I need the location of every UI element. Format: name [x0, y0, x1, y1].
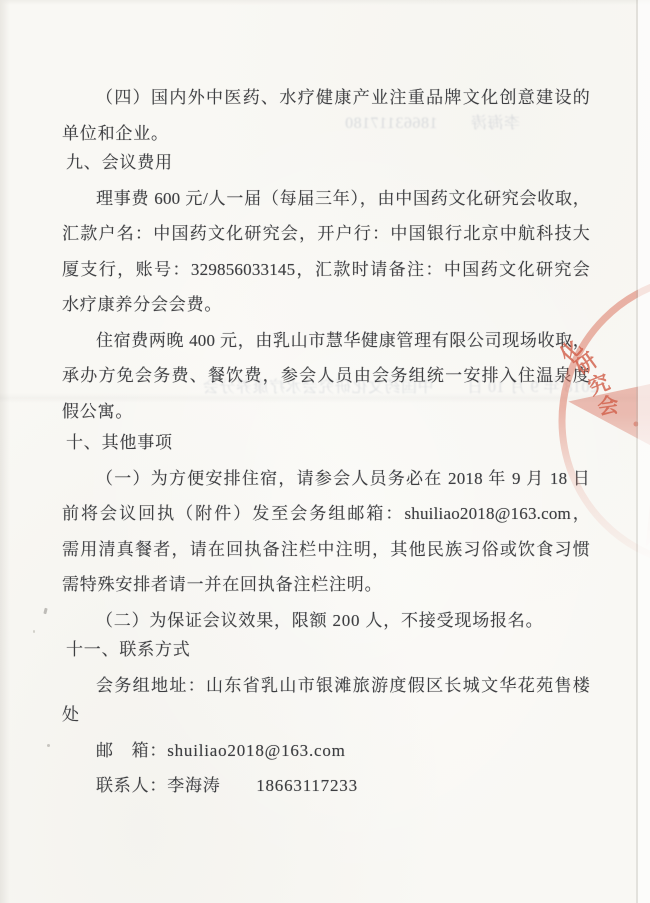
scan-edge-strip — [638, 0, 650, 903]
section-heading: 十、其他事项 — [62, 425, 590, 461]
text-line: 需特殊安排者请一并在回执备注栏注明。 — [62, 567, 590, 603]
text-line: 需用清真餐者，请在回执备注栏中注明，其他民族习俗或饮食习惯 — [62, 532, 590, 568]
text-line: 理事费 600 元/人一届（每届三年），由中国药文化研究会收取， — [62, 181, 590, 217]
text-line: 假公寓。 — [62, 394, 590, 430]
text-line: 前将会议回执（附件）发至会务组邮箱：shuiliao2018@163.com， — [62, 496, 590, 532]
scan-speck — [47, 744, 50, 747]
text-line: 汇款户名：中国药文化研究会，开户行：中国银行北京中航科技大 — [62, 216, 590, 252]
text-line: （一）为方便安排住宿，请参会人员务必在 2018 年 9 月 18 日 — [62, 461, 590, 497]
section-heading: 九、会议费用 — [62, 145, 590, 181]
text-line: （四）国内外中医药、水疗健康产业注重品牌文化创意建设的 — [62, 80, 590, 116]
scanned-document-page: 李海涛 18663117180 2018 年 9 月 10 日 中国药文化研究会… — [0, 0, 650, 903]
text-line: 住宿费两晚 400 元，由乳山市慧华健康管理有限公司现场收取， — [62, 323, 590, 359]
scan-speck — [33, 630, 35, 633]
text-line: 邮 箱：shuiliao2018@163.com — [62, 733, 590, 769]
text-line: 水疗康养分会会费。 — [62, 287, 590, 323]
document-text: （四）国内外中医药、水疗健康产业注重品牌文化创意建设的单位和企业。九、会议费用理… — [62, 80, 590, 804]
text-line: 承办方免会务费、餐饮费，参会人员由会务组统一安排入住温泉度 — [62, 358, 590, 394]
text-line: 会务组地址：山东省乳山市银滩旅游度假区长城文华花苑售楼 — [62, 668, 590, 704]
text-line: 联系人：李海涛 18663117233 — [62, 768, 590, 804]
scan-speck — [43, 608, 47, 615]
text-line: 厦支行，账号：329856033145，汇款时请备注：中国药文化研究会 — [62, 252, 590, 288]
